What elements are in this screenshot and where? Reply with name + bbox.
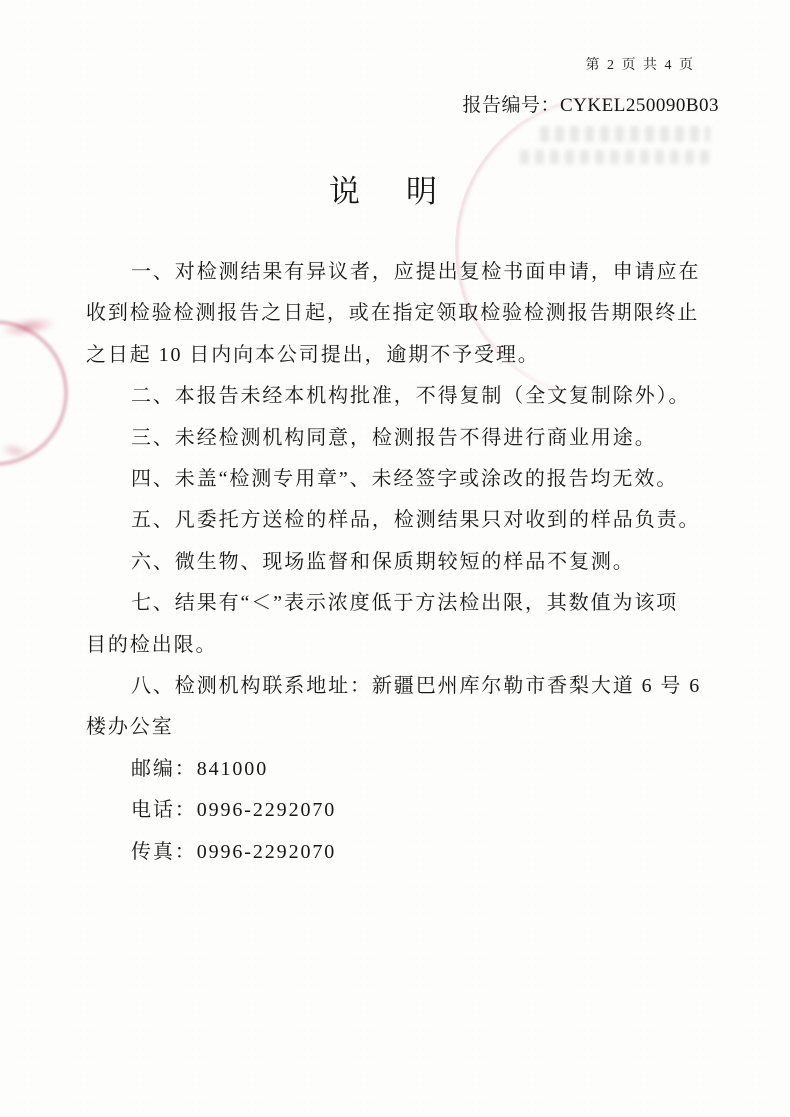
page-title: 说明 <box>0 166 790 211</box>
note-7-line-2: 目的检出限。 <box>86 625 708 666</box>
stamp-ink-smudge <box>0 441 31 461</box>
notes-section: 一、对检测结果有异议者，应提出复检书面申请，申请应在 收到检验检测报告之日起，或… <box>86 252 708 873</box>
contact-fax: 传真：0996-2292070 <box>86 832 708 873</box>
note-1-line-1: 一、对检测结果有异议者，应提出复检书面申请，申请应在 <box>86 252 708 293</box>
contact-phone: 电话：0996-2292070 <box>86 790 708 831</box>
note-7-line-1: 七、结果有“＜”表示浓度低于方法检出限，其数值为该项 <box>86 583 708 624</box>
bleed-through-smudge <box>540 126 710 142</box>
postcode-label: 邮编： <box>131 758 197 780</box>
fax-label: 传真： <box>131 841 197 863</box>
note-5: 五、凡委托方送检的样品，检测结果只对收到的样品负责。 <box>86 500 708 541</box>
note-3: 三、未经检测机构同意，检测报告不得进行商业用途。 <box>86 418 708 459</box>
note-8-line-1: 八、检测机构联系地址：新疆巴州库尔勒市香梨大道 6 号 6 <box>86 666 708 707</box>
note-1-line-2: 收到检验检测报告之日起，或在指定领取检验检测报告期限终止 <box>86 293 708 334</box>
document-page: 第 2 页 共 4 页 报告编号：CYKEL250090B03 说明 一、对检测… <box>0 0 790 1117</box>
round-stamp-left-edge <box>0 320 68 466</box>
note-1-line-3: 之日起 10 日内向本公司提出，逾期不予受理。 <box>86 335 708 376</box>
phone-label: 电话： <box>131 799 197 821</box>
postcode-value: 841000 <box>197 758 268 780</box>
report-number-row: 报告编号：CYKEL250090B03 <box>462 90 719 117</box>
report-number-value: CYKEL250090B03 <box>560 95 719 116</box>
bleed-through-smudge <box>520 150 710 164</box>
report-number-label: 报告编号： <box>462 95 560 116</box>
contact-postcode: 邮编：841000 <box>86 749 708 790</box>
page-indicator: 第 2 页 共 4 页 <box>586 54 696 74</box>
note-2: 二、本报告未经本机构批准，不得复制（全文复制除外）。 <box>86 376 708 417</box>
note-8-line-2: 楼办公室 <box>86 707 708 748</box>
stamp-ink-smudge <box>0 314 57 341</box>
page-title-text: 说明 <box>329 166 483 211</box>
note-6: 六、微生物、现场监督和保质期较短的样品不复测。 <box>86 542 708 583</box>
fax-value: 0996-2292070 <box>197 841 336 863</box>
note-4: 四、未盖“检测专用章”、未经签字或涂改的报告均无效。 <box>86 459 708 500</box>
phone-value: 0996-2292070 <box>197 799 336 821</box>
